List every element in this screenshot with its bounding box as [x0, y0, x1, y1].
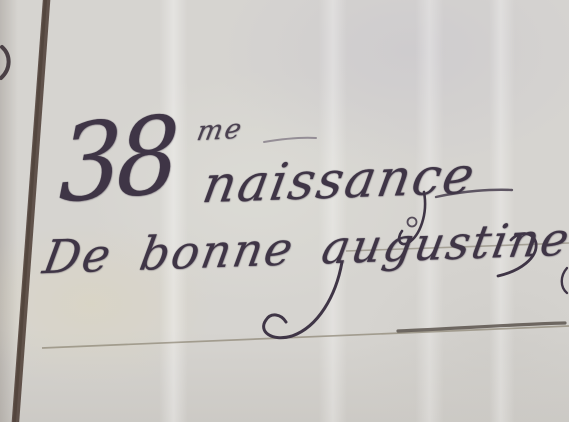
entry-number: 38 — [58, 102, 175, 219]
entry-type-word: naissance — [199, 151, 480, 212]
superscript-trailing-dash — [264, 138, 316, 142]
margin-rule-line-core — [14, 0, 46, 422]
right-edge-mark — [562, 268, 567, 293]
entry-number-suffix: me — [195, 116, 246, 146]
register-scan-page: 38 me naissance De bonne augustine — [0, 0, 569, 422]
left-edge-mark — [1, 47, 9, 78]
